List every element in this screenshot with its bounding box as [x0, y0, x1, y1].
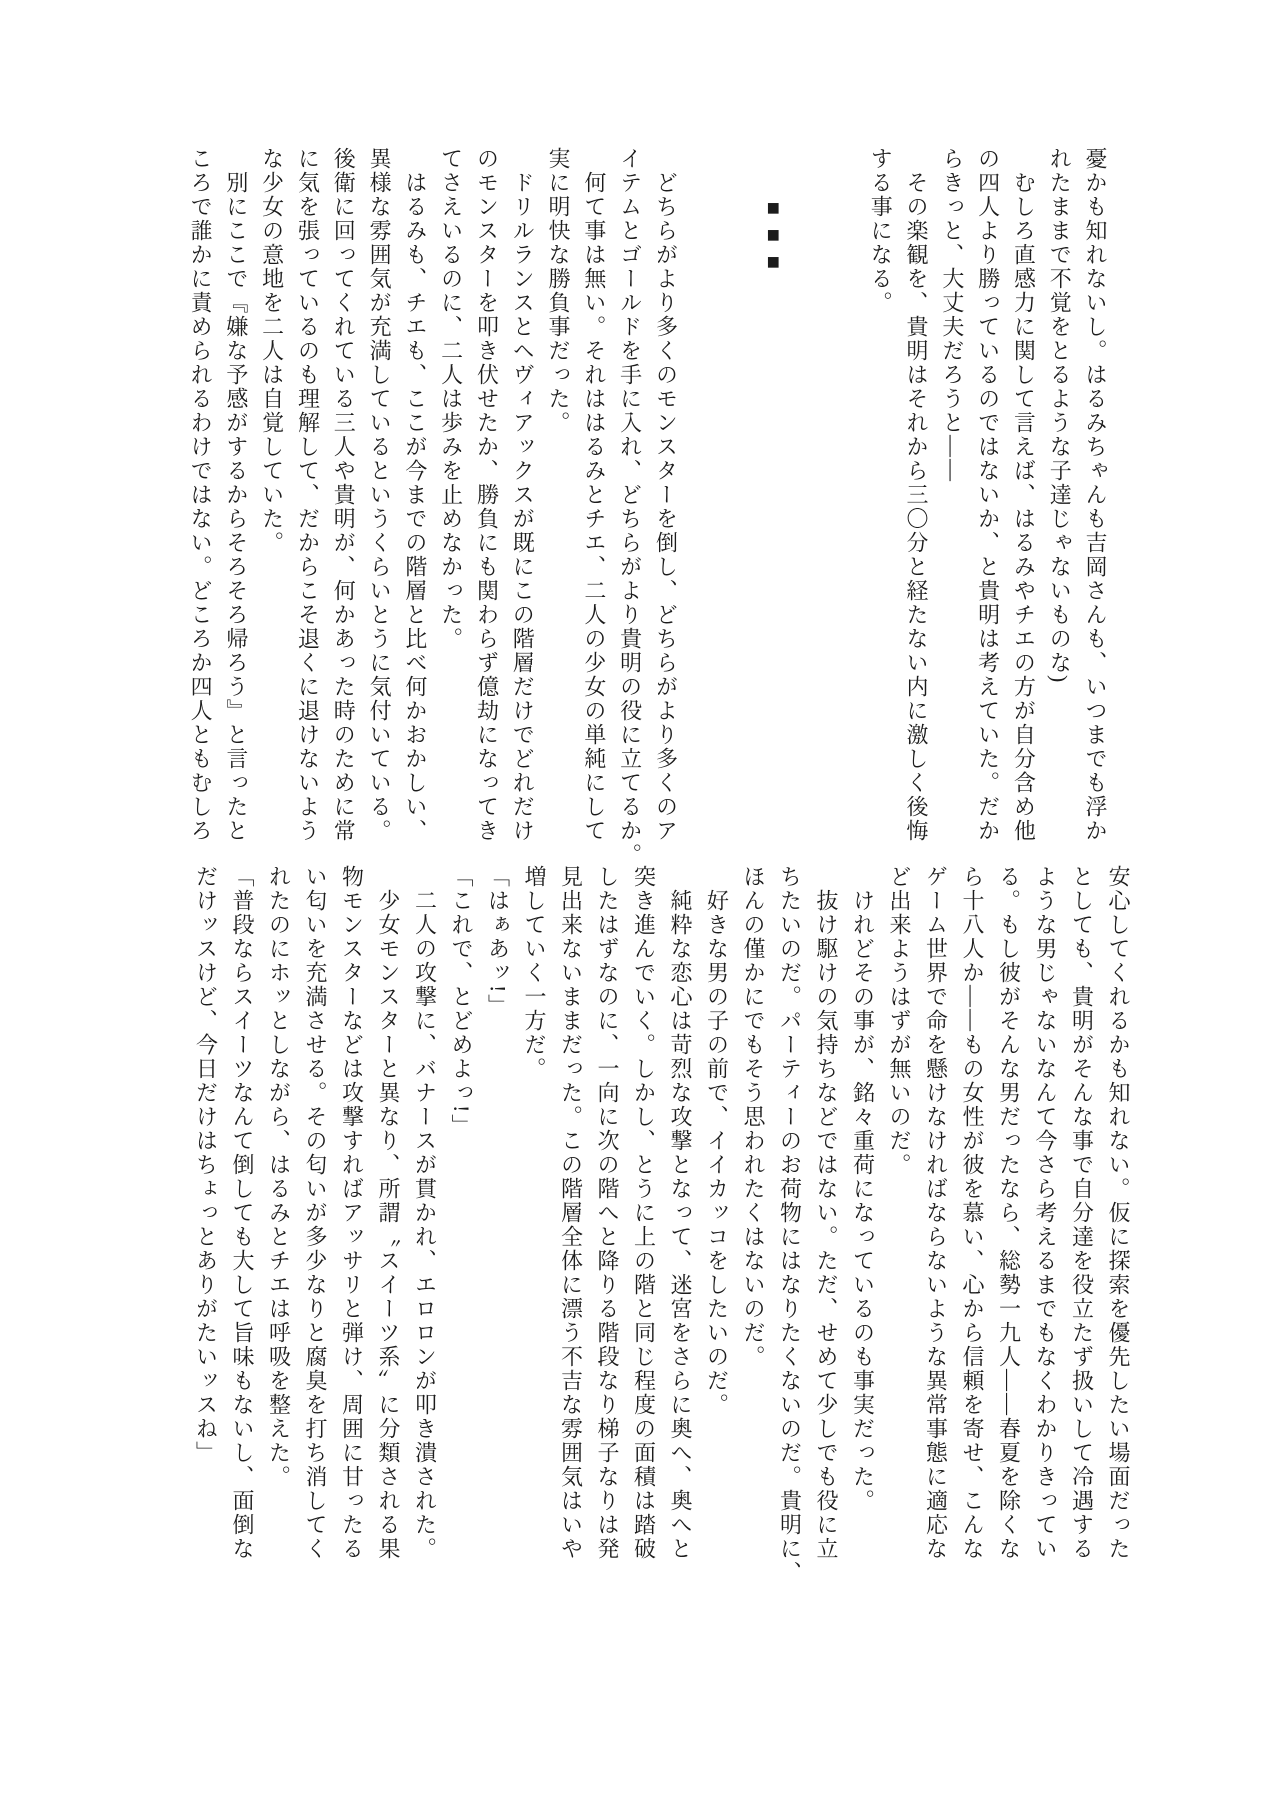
text-line: ほんの僅かにでもそう思われたくはないのだ。: [735, 865, 772, 1605]
text-line: はるみも、チエも、ここが今までの階層と比べ何かおかしい、: [397, 147, 433, 887]
text-line: 「普段ならスイーツなんて倒しても大して旨味もないし、面倒な: [224, 865, 261, 1605]
text-line: ような男じゃないなんて今さら考えるまでもなくわかりきってい: [1027, 865, 1064, 1605]
text-line: だけッスけど、今日だけはちょっとありがたいッスね」: [187, 865, 224, 1605]
text-line: に気を張っているのも理解して、だからこそ退くに退けないよう: [290, 147, 326, 887]
text-line: 「これで、とどめよっ!」: [443, 865, 480, 1605]
text-line: ドリルランスとヘヴィアックスが既にこの階層だけでどれだけ: [504, 147, 540, 887]
text-line: [683, 147, 719, 887]
text-line: 異様な雰囲気が充満しているというくらいとうに気付いている。: [361, 147, 397, 887]
text-line: な少女の意地を二人は自覚していた。: [254, 147, 290, 887]
text-line: 憂かも知れないし。はるみちゃんも吉岡さんも、いつまでも浮か: [1077, 147, 1113, 887]
section-divider-marker: ■■■: [755, 147, 791, 887]
text-line: 安心してくれるかも知れない。仮に探索を優先したい場面だった: [1100, 865, 1137, 1605]
text-line: としても、貴明がそんな事で自分達を役立たず扱いして冷遇する: [1063, 865, 1100, 1605]
text-line: 後衛に回ってくれている三人や貴明が、何かあった時のために常: [325, 147, 361, 887]
novel-page: 憂かも知れないし。はるみちゃんも吉岡さんも、いつまでも浮かれたままで不覚をとるよ…: [0, 0, 1280, 1811]
text-line: る。もし彼がそんな男だったなら、総勢一九人――春夏を除くな: [990, 865, 1027, 1605]
text-line: したはずなのに、一向に次の階へと降りる階段なり梯子なりは発: [589, 865, 626, 1605]
text-line: [791, 147, 827, 887]
text-line: 二人の攻撃に、バナースが貫かれ、エロロンが叩き潰された。: [406, 865, 443, 1605]
text-line: い匂いを充満させる。その匂いが多少なりと腐臭を打ち消してく: [297, 865, 334, 1605]
text-line: 少女モンスターと異なり、所謂〝スイーツ系〟に分類される果: [370, 865, 407, 1605]
text-line: らきっと、大丈夫だろうと――: [934, 147, 970, 887]
text-line: [827, 147, 863, 887]
text-line: 物モンスターなどは攻撃すればアッサリと弾け、周囲に甘ったる: [333, 865, 370, 1605]
text-line: けれどその事が、銘々重荷になっているのも事実だった。: [844, 865, 881, 1605]
text-line: ゲーム世界で命を懸けなければならないような異常事態に適応な: [917, 865, 954, 1605]
text-line: れたのにホッとしながら、はるみとチエは呼吸を整えた。: [260, 865, 297, 1605]
text-line: 好きな男の子の前で、イイカッコをしたいのだ。: [698, 865, 735, 1605]
text-line: ころで誰かに責められるわけではない。どころか四人ともむしろ: [182, 147, 218, 887]
text-line: 純粋な恋心は苛烈な攻撃となって、迷宮をさらに奥へ、奥へと: [662, 865, 699, 1605]
text-line: 増していく一方だ。: [516, 865, 553, 1605]
text-line: ちたいのだ。パーティーのお荷物にはなりたくないのだ。貴明に、: [771, 865, 808, 1605]
text-line: 実に明快な勝負事だった。: [540, 147, 576, 887]
text-line: [719, 147, 755, 887]
text-line: 「はぁあッ!」: [479, 865, 516, 1605]
top-text-block: 憂かも知れないし。はるみちゃんも吉岡さんも、いつまでも浮かれたままで不覚をとるよ…: [182, 147, 1113, 887]
text-line: 何て事は無い。それははるみとチエ、二人の少女の単純にして: [576, 147, 612, 887]
text-line: 別にここで『嫌な予感がするからそろそろ帰ろう』と言ったと: [218, 147, 254, 887]
text-line: てさえいるのに、二人は歩みを止めなかった。: [433, 147, 469, 887]
text-line: 抜け駆けの気持ちなどではない。ただ、せめて少しでも役に立: [808, 865, 845, 1605]
text-line: する事になる。: [862, 147, 898, 887]
text-line: の四人より勝っているのではないか、と貴明は考えていた。だか: [970, 147, 1006, 887]
text-line: 突き進んでいく。しかし、とうに上の階と同じ程度の面積は踏破: [625, 865, 662, 1605]
text-line: むしろ直感力に関して言えば、はるみやチエの方が自分含め他: [1006, 147, 1042, 887]
text-line: ど出来ようはずが無いのだ。: [881, 865, 918, 1605]
text-line: 見出来ないままだった。この階層全体に漂う不吉な雰囲気はいや: [552, 865, 589, 1605]
text-line: れたままで不覚をとるような子達じゃないものな): [1041, 147, 1077, 887]
text-line: イテムとゴールドを手に入れ、どちらがより貴明の役に立てるか。: [612, 147, 648, 887]
text-line: どちらがより多くのモンスターを倒し、どちらがより多くのア: [648, 147, 684, 887]
text-line: ら十八人か――もの女性が彼を慕い、心から信頼を寄せ、こんな: [954, 865, 991, 1605]
text-line: その楽観を、貴明はそれから三〇分と経たない内に激しく後悔: [898, 147, 934, 887]
bottom-text-block: 安心してくれるかも知れない。仮に探索を優先したい場面だったとしても、貴明がそんな…: [187, 865, 1136, 1605]
text-line: のモンスターを叩き伏せたか、勝負にも関わらず億劫になってき: [469, 147, 505, 887]
